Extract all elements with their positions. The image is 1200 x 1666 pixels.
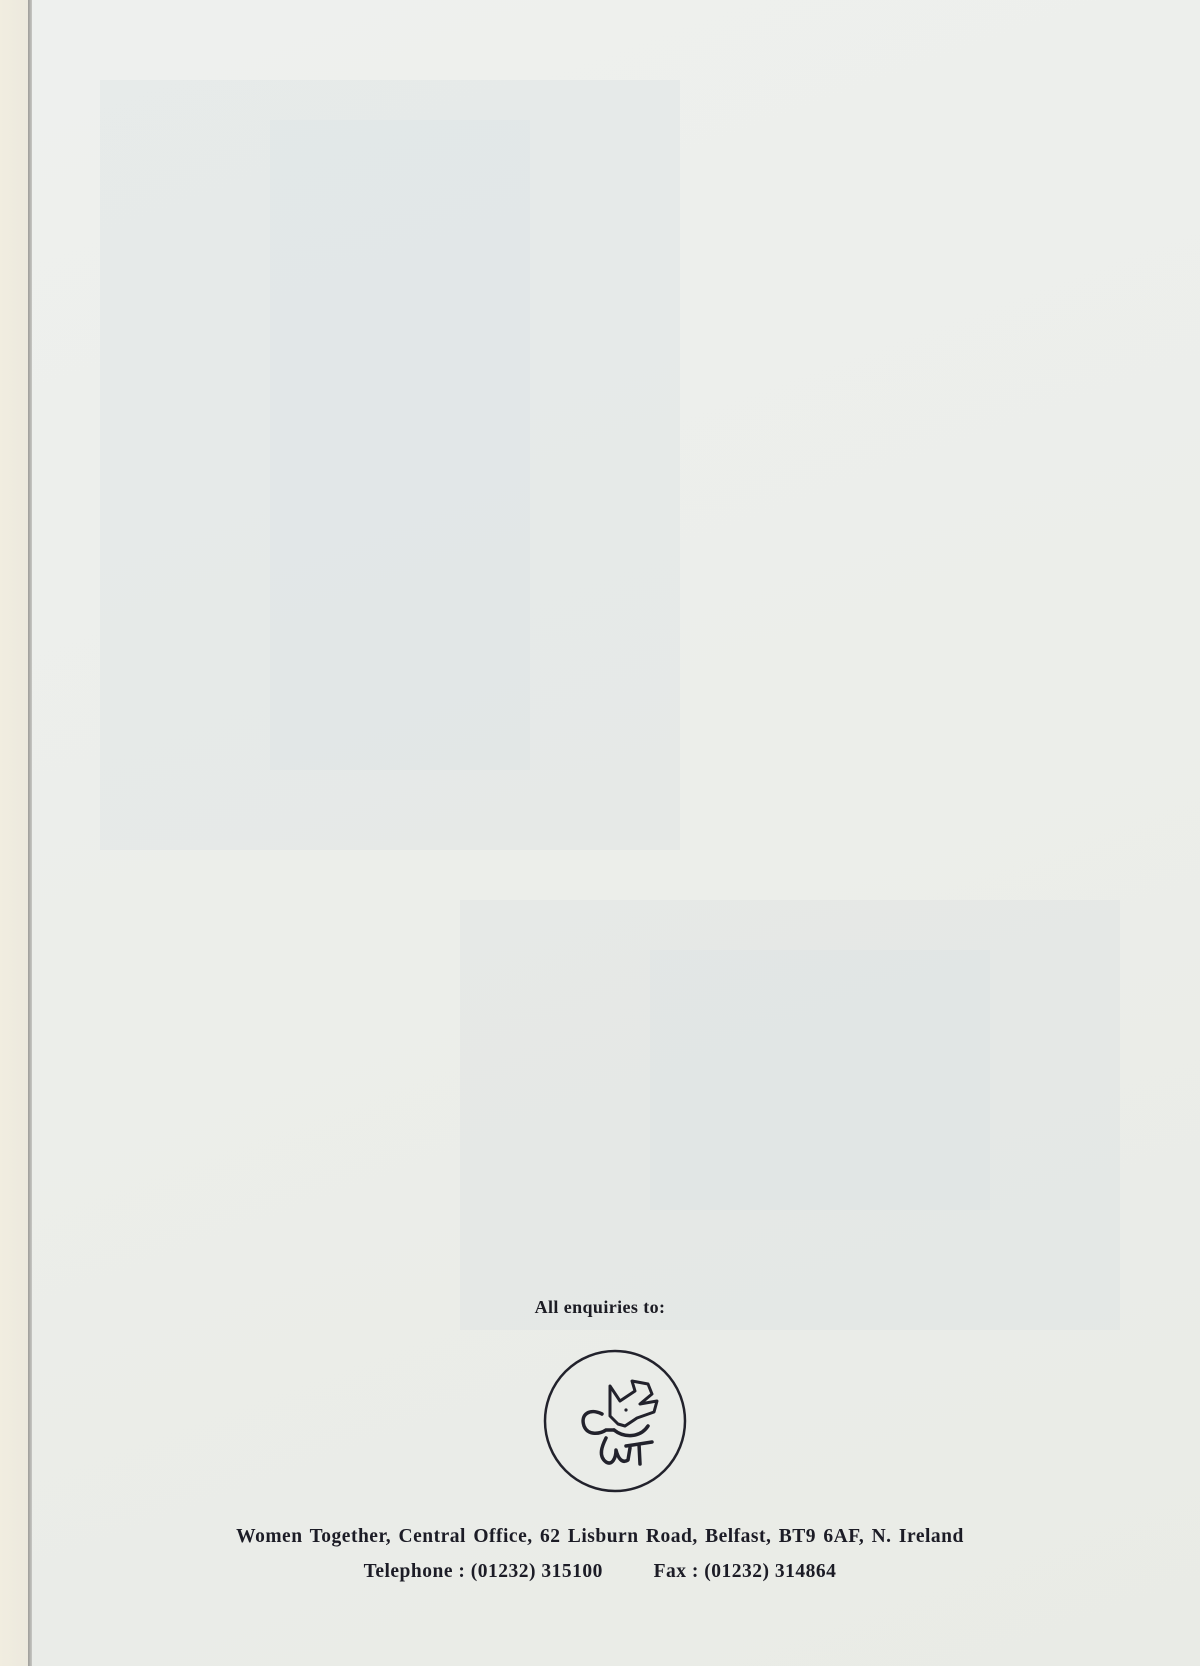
show-through-shadow [270,120,530,770]
dove-logo-icon [540,1346,690,1496]
postal-address: Women Together, Central Office, 62 Lisbu… [0,1526,1200,1548]
show-through-shadow [650,950,990,1210]
enquiries-label: All enquiries to: [0,1297,1200,1318]
contact-line: Telephone : (01232) 315100 Fax : (01232)… [0,1561,1200,1583]
fax-number: Fax : (01232) 314864 [654,1561,837,1583]
telephone-number: Telephone : (01232) 315100 [364,1561,603,1583]
page-edge [0,0,28,1666]
